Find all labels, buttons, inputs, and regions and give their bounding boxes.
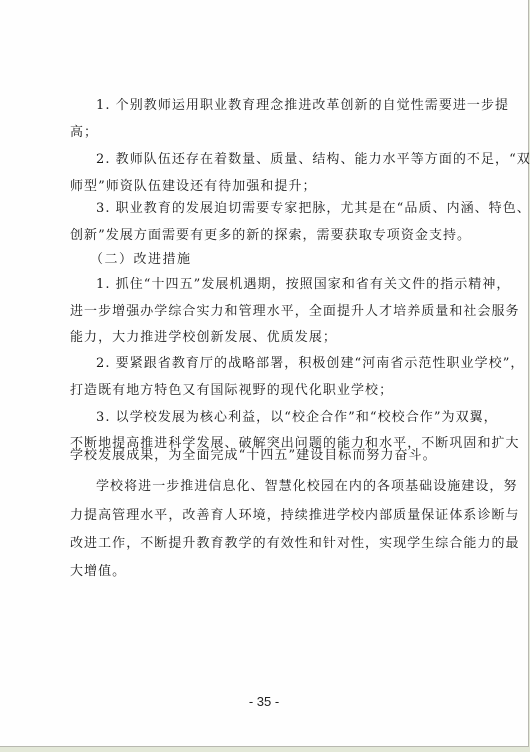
text-line: 改进工作，不断提升教育教学的有效性和针对性，实现学生综合能力的最	[70, 536, 464, 552]
text-line: 能力，大力推进学校创新发展、优质发展；	[70, 330, 464, 346]
text-line: 大增值。	[70, 564, 464, 580]
text-line: 学校发展成果，为全面完成“十四五”建设目标而努力奋斗。	[70, 448, 464, 464]
text-line: 1. 抓住“十四五”发展机遇期，按照国家和省有关文件的指示精神，	[96, 277, 464, 293]
text-line: 3. 职业教育的发展迫切需要专家把脉，尤其是在“品质、内涵、特色、	[96, 201, 464, 217]
text-line: 高；	[70, 125, 464, 141]
section-heading: （二）改进措施	[90, 252, 484, 268]
text-line: 2. 教师队伍还存在着数量、质量、结构、能力水平等方面的不足，“双	[96, 152, 464, 168]
text-line: 力提高管理水平，改善育人环境，持续推进学校内部质量保证体系诊断与	[70, 508, 464, 524]
text-line: 打造既有地方特色又有国际视野的现代化职业学校；	[70, 383, 464, 399]
text-line: 1. 个别教师运用职业教育理念推进改革创新的自觉性需要进一步提	[96, 98, 464, 114]
text-line: 进一步增强办学综合实力和管理水平，全面提升人才培养质量和社会服务	[70, 304, 464, 320]
document-page: 1. 个别教师运用职业教育理念推进改革创新的自觉性需要进一步提 高； 2. 教师…	[0, 0, 529, 747]
text-line: 师型”师资队伍建设还有待加强和提升；	[70, 179, 464, 195]
page-number: - 35 -	[0, 694, 528, 709]
text-line: 2. 要紧跟省教育厅的战略部署，积极创建“河南省示范性职业学校”，	[96, 356, 464, 372]
text-line: 3. 以学校发展为核心利益，以“校企合作”和“校校合作”为双翼，	[96, 410, 464, 426]
text-line: 创新”发展方面需要有更多的新的探索，需要获取专项资金支持。	[70, 228, 464, 244]
text-line: 学校将进一步推进信息化、智慧化校园在内的各项基础设施建设，努	[96, 479, 464, 495]
